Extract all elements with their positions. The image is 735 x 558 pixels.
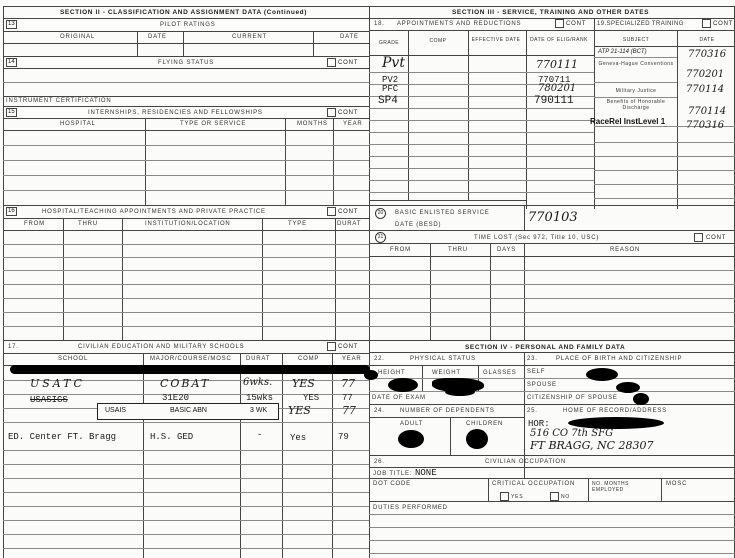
instrument-certification-label: INSTRUMENT CERTIFICATION: [6, 98, 112, 104]
divider: [282, 353, 283, 558]
training-date-3: 770114: [686, 84, 724, 95]
divider: [3, 205, 369, 206]
divider: [3, 520, 369, 521]
divider: [332, 353, 333, 558]
col-institution: INSTITUTION/LOCATION: [145, 221, 231, 227]
divider: [369, 378, 735, 379]
divider: [369, 527, 735, 528]
divider: [3, 218, 369, 219]
divider: [369, 168, 594, 169]
divider: [594, 82, 677, 83]
critical-occupation-label: CRITICAL OCCUPATION: [492, 481, 575, 487]
item20-number: 20: [375, 208, 386, 219]
edu-row3-comp: YES: [288, 404, 311, 417]
divider: [369, 270, 735, 271]
time-lost-title: TIME LOST (Sec 972, Title 10, USC): [474, 235, 599, 241]
col-from: FROM: [390, 247, 411, 253]
item19-number: 19.: [597, 21, 607, 27]
col-original: ORIGINAL: [60, 34, 95, 40]
divider: [240, 353, 241, 558]
hospital-teaching-cont-checkbox[interactable]: [327, 207, 336, 216]
training-date-2: 770201: [686, 69, 724, 80]
divider: [63, 218, 64, 340]
col-thru: THRU: [448, 247, 468, 253]
col-effective-date: EFFECTIVE DATE: [468, 37, 524, 43]
form-center-divider: [369, 6, 370, 558]
col-type: TYPE: [288, 221, 307, 227]
redaction-mark: [466, 429, 488, 449]
divider: [3, 492, 369, 493]
divider: [3, 326, 369, 327]
col-type-or-service: TYPE OR SERVICE: [180, 121, 246, 127]
divider: [3, 68, 369, 69]
flying-status-title: FLYING STATUS: [158, 60, 214, 66]
divider: [3, 190, 369, 191]
item18-number: 18.: [374, 21, 385, 27]
grade-row3: PFC: [382, 84, 398, 94]
job-title-label: JOB TITLE:: [373, 471, 412, 477]
divider: [369, 417, 524, 418]
item21-number: 21: [375, 232, 386, 243]
edu-row3-year: 77: [342, 404, 356, 417]
item19-title: SPECIALIZED TRAINING: [607, 21, 684, 27]
divider: [3, 353, 369, 354]
divider: [285, 118, 286, 205]
rank-date-row3: 780201: [538, 83, 576, 94]
item14-number: 14: [6, 58, 17, 67]
citizenship-spouse-label: CITIZENSHIP OF SPOUSE: [527, 395, 618, 401]
divider: [369, 30, 735, 31]
internships-cont-checkbox[interactable]: [327, 108, 336, 117]
divider: [369, 514, 735, 515]
time-lost-cont-checkbox[interactable]: [694, 233, 703, 242]
divider: [588, 478, 589, 501]
col-comp: COMP: [298, 356, 319, 362]
col-date: DATE: [340, 34, 359, 40]
divider: [369, 132, 594, 133]
edu-row4-comp: Yes: [290, 433, 306, 443]
divider: [143, 353, 144, 558]
divider: [3, 145, 369, 146]
internships-title: INTERNSHIPS, RESIDENCIES AND FELLOWSHIPS: [88, 110, 263, 116]
col-subject: SUBJECT: [596, 37, 676, 43]
col-durat: DURAT: [337, 221, 361, 227]
divider: [3, 506, 369, 507]
divider: [3, 31, 369, 32]
dependents-title: NUMBER OF DEPENDENTS: [400, 408, 495, 414]
divider: [369, 108, 594, 109]
divider: [3, 284, 369, 285]
training-subject-3: Military Justice: [597, 88, 675, 94]
edu-row1-school: USATC: [30, 377, 85, 390]
divider: [369, 243, 735, 244]
edu-row4-course: H.S. GED: [150, 432, 193, 442]
divider: [369, 72, 594, 73]
redaction-mark: [398, 430, 424, 448]
col-date-of-rank: DATE OF ELIG/RANK: [527, 37, 591, 43]
training-date-5: 770316: [686, 120, 724, 131]
divider: [369, 192, 594, 193]
divider: [369, 352, 735, 353]
divider: [369, 256, 735, 257]
form-left-border: [3, 6, 4, 558]
divider: [3, 548, 369, 549]
divider: [369, 326, 735, 327]
col-glasses: GLASSES: [483, 370, 517, 376]
besd-title-line1: BASIC ENLISTED SERVICE: [395, 210, 490, 216]
divider: [661, 478, 662, 501]
edu-row4-school: ED. Center FT. Bragg: [8, 432, 116, 442]
divider: [369, 18, 735, 19]
divider: [369, 205, 735, 206]
col-thru: THRU: [78, 221, 98, 227]
edu-row4-durat: -: [257, 430, 262, 440]
divider: [262, 218, 263, 340]
divider: [3, 175, 369, 176]
divider: [335, 218, 336, 340]
item16-number: 16: [6, 207, 17, 216]
besd-title-line2: DATE (BESD): [395, 222, 441, 228]
divider: [369, 365, 735, 366]
divider: [369, 284, 735, 285]
col-adult: ADULT: [400, 421, 423, 427]
col-from: FROM: [24, 221, 45, 227]
physical-status-title: PHYSICAL STATUS: [410, 356, 476, 362]
date-of-exam-label: DATE OF EXAM: [372, 395, 426, 401]
divider: [369, 120, 594, 121]
divider: [3, 96, 369, 97]
divider: [3, 118, 369, 119]
civilian-occupation-title: CIVILIAN OCCUPATION: [485, 459, 566, 465]
training-subject-5: RaceRel InstLevel 1: [590, 117, 665, 126]
divider: [594, 57, 677, 58]
edu-row2-course: 31E20: [162, 393, 189, 403]
cont-label: CONT: [338, 209, 358, 215]
section4-title: SECTION IV - PERSONAL AND FAMILY DATA: [465, 344, 625, 351]
redaction-mark: [633, 393, 649, 405]
item24-number: 24.: [374, 408, 385, 414]
divider: [524, 205, 525, 230]
divider: [369, 455, 735, 456]
edu-row1-comp: YES: [292, 377, 315, 390]
edu-row1-year: 77: [341, 377, 355, 390]
divider: [3, 18, 369, 19]
col-durat: DURAT: [246, 356, 270, 362]
divider: [3, 340, 369, 341]
divider: [3, 534, 369, 535]
edu-row4-year: 79: [338, 432, 349, 442]
divider: [594, 97, 677, 98]
grade-row4: SP4: [378, 95, 398, 107]
cont-label: CONT: [338, 110, 358, 116]
form-top-border: [3, 6, 735, 7]
col-school: SCHOOL: [58, 356, 88, 362]
col-year: YEAR: [342, 356, 362, 362]
divider: [3, 106, 369, 107]
divider: [369, 144, 594, 145]
item17-number: 17.: [8, 344, 19, 350]
duties-performed-label: DUTIES PERFORMED: [373, 505, 448, 511]
item25-number: 25.: [527, 408, 538, 414]
item26-number: 26.: [374, 459, 385, 465]
divider: [369, 540, 735, 541]
divider: [369, 200, 526, 201]
divider: [3, 464, 369, 465]
hor-address-line1: 516 CO 7th SFG: [530, 428, 613, 439]
place-of-birth-title: PLACE OF BIRTH AND CITIZENSHIP: [556, 356, 682, 362]
item15-number: 15: [6, 108, 17, 117]
cont-label: CONT: [338, 60, 358, 66]
col-current: CURRENT: [232, 34, 267, 40]
col-major-course: MAJOR/COURSE/MOSC: [150, 356, 232, 362]
divider: [450, 417, 451, 455]
divider: [369, 340, 735, 341]
divider: [369, 404, 735, 405]
edu-row2-comp: YES: [303, 393, 319, 403]
col-date: DATE: [148, 34, 167, 40]
col-comp: COMP: [410, 38, 466, 44]
divider: [3, 244, 369, 245]
divider: [369, 501, 735, 502]
edu-row2-durat: 15wks: [246, 393, 273, 403]
divider: [369, 553, 735, 554]
critical-yes-checkbox[interactable]: [500, 492, 509, 501]
edu-row1-course: COBAT: [160, 377, 210, 390]
rank-date-row1: 770111: [536, 58, 578, 71]
redaction-mark: [445, 388, 475, 396]
divider: [3, 450, 369, 451]
col-hospital: HOSPITAL: [60, 121, 96, 127]
redaction-mark: [364, 370, 378, 380]
divider: [145, 118, 146, 205]
appointments-cont-checkbox[interactable]: [555, 19, 564, 28]
divider: [594, 142, 735, 143]
divider: [369, 156, 594, 157]
item22-number: 22.: [374, 356, 385, 362]
edu-row1-durat: 6wks.: [243, 377, 272, 388]
cont-label: CONT: [713, 21, 733, 27]
divider: [594, 46, 735, 47]
training-date-4: 770114: [688, 106, 726, 117]
appointments-title: APPOINTMENTS AND REDUCTIONS: [397, 21, 521, 27]
divider: [369, 312, 735, 313]
col-weight: WEIGHT: [432, 370, 461, 376]
redaction-mark: [616, 382, 640, 393]
col-months: MONTHS: [297, 121, 328, 127]
cont-label: CONT: [338, 344, 358, 350]
divider: [3, 130, 369, 131]
col-height: HEIGHT: [378, 370, 405, 376]
divider: [3, 257, 369, 258]
civilian-education-title: CIVILIAN EDUCATION AND MILITARY SCHOOLS: [78, 344, 244, 350]
divider: [677, 30, 678, 209]
divider: [3, 422, 369, 423]
job-title-value: NONE: [415, 468, 437, 478]
divider: [369, 230, 735, 231]
divider: [594, 198, 735, 199]
mosc-label: MOSC: [666, 481, 687, 487]
flying-status-cont-checkbox[interactable]: [327, 58, 336, 67]
hor-address-line2: FT BRAGG, NC 28307: [530, 439, 653, 452]
divider: [3, 43, 369, 44]
divider: [594, 156, 735, 157]
item23-number: 23.: [527, 356, 538, 362]
training-subject-1: ATP 21-114 (BCT): [598, 49, 647, 55]
edu-row2-year: 77: [342, 393, 353, 403]
divider: [122, 218, 123, 340]
grade-row1: Pvt: [382, 55, 405, 71]
dot-code-label: DOT CODE: [373, 481, 411, 487]
yes-label: YES: [511, 494, 523, 500]
pilot-ratings-title: PILOT RATINGS: [160, 22, 216, 28]
divider: [369, 298, 735, 299]
redaction-mark: [388, 378, 418, 392]
divider: [369, 180, 594, 181]
col-date: DATE: [680, 37, 734, 43]
training-date-1: 770316: [688, 49, 726, 60]
no-label: NO: [561, 494, 570, 500]
edu-row3-course: BASIC ABN: [170, 407, 207, 414]
col-reason: REASON: [610, 247, 640, 253]
divider: [3, 298, 369, 299]
divider: [3, 56, 369, 57]
item13-number: 13: [6, 20, 17, 29]
specialized-training-title: 19.SPECIALIZED TRAINING: [597, 21, 684, 27]
col-year: YEAR: [343, 121, 363, 127]
specialized-training-cont-checkbox[interactable]: [702, 19, 711, 28]
cont-label: CONT: [566, 21, 586, 27]
critical-no-checkbox[interactable]: [550, 492, 559, 501]
divider: [3, 312, 369, 313]
divider: [3, 230, 369, 231]
divider: [333, 118, 334, 205]
divider: [3, 478, 369, 479]
section2-title: SECTION II - CLASSIFICATION AND ASSIGNME…: [60, 9, 307, 16]
divider: [3, 160, 369, 161]
edu-row2-school: USASIGS: [30, 395, 68, 405]
training-subject-4: Benefits of Honorable Discharge: [597, 99, 675, 111]
col-grade: GRADE: [372, 40, 406, 46]
training-subject-2: Geneva-Hague Conventions: [597, 61, 675, 67]
divider: [3, 270, 369, 271]
divider: [369, 391, 735, 392]
col-children: CHILDREN: [466, 421, 503, 427]
self-label: SELF: [527, 369, 545, 375]
divider: [369, 478, 735, 479]
months-employed-label: NO. MONTHS EMPLOYED: [592, 481, 648, 493]
divider: [594, 170, 735, 171]
spouse-label: SPOUSE: [527, 382, 557, 388]
edu-row3-school: USAIS: [105, 407, 126, 414]
redaction-mark: [586, 368, 618, 381]
home-of-record-title: HOME OF RECORD/ADDRESS: [563, 408, 667, 414]
besd-value: 770103: [528, 210, 578, 225]
cont-label: CONT: [706, 235, 726, 241]
civilian-education-cont-checkbox[interactable]: [327, 342, 336, 351]
divider: [488, 478, 489, 501]
divider: [594, 184, 735, 185]
redaction-mark: [10, 365, 370, 374]
section3-title: SECTION III - SERVICE, TRAINING AND OTHE…: [452, 9, 649, 16]
edu-row3-durat: 3 WK: [250, 407, 267, 414]
rank-date-row4: 790111: [534, 95, 574, 107]
divider: [3, 82, 369, 83]
hospital-teaching-title: HOSPITAL/TEACHING APPOINTMENTS AND PRIVA…: [42, 209, 266, 215]
col-days: DAYS: [497, 247, 516, 253]
